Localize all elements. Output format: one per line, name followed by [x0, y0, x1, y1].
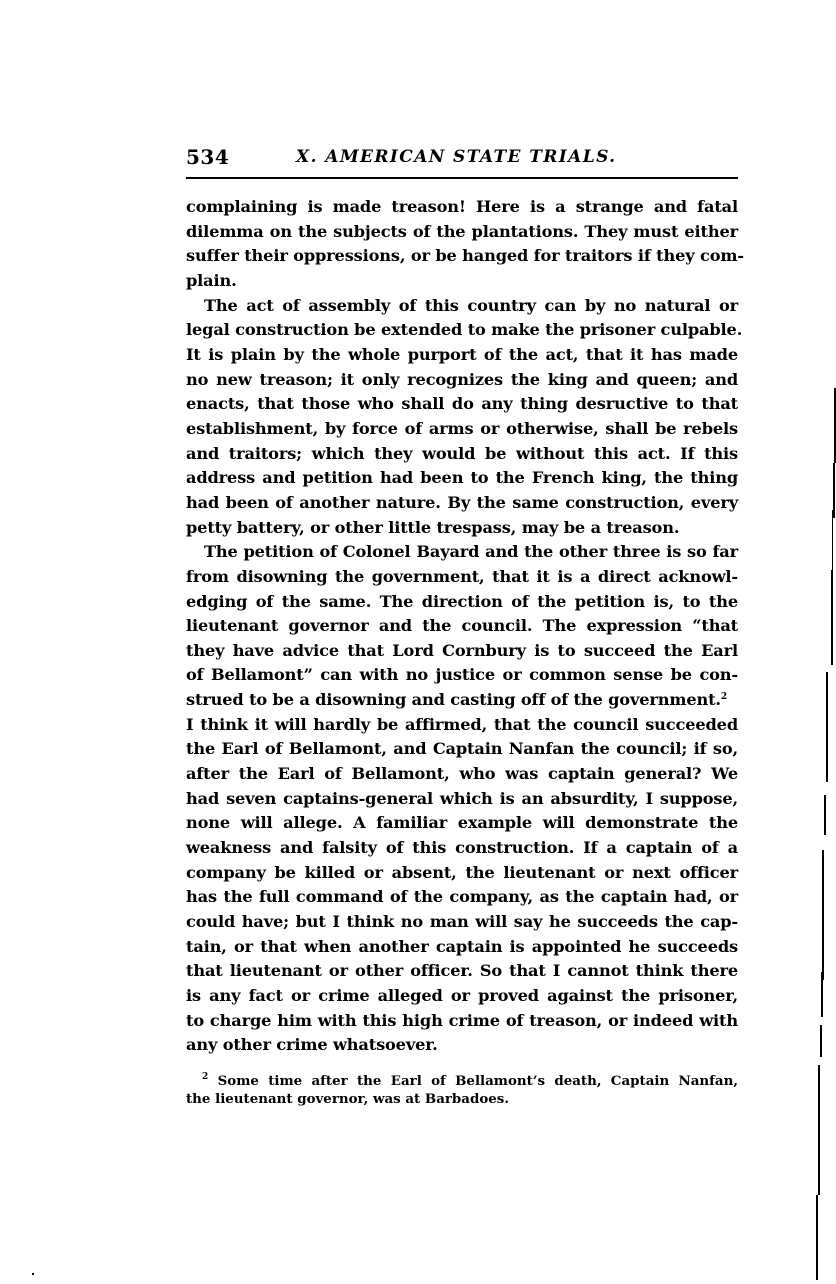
footnote-marker: 2: [202, 1072, 208, 1082]
text-line: weakness and falsity of this constructio…: [186, 836, 738, 861]
scan-edge-artifact: [832, 510, 833, 570]
scan-edge-artifact: [821, 972, 823, 1017]
page-number: 534: [186, 145, 229, 169]
footnote-line: the lieutenant governor, was at Barbadoe…: [186, 1090, 738, 1108]
text-line: is any fact or crime alleged or proved a…: [186, 984, 738, 1009]
footnote-reference[interactable]: 2: [721, 692, 727, 702]
text-line: has the full command of the company, as …: [186, 885, 738, 910]
text-line: could have; but I think no man will say …: [186, 910, 738, 935]
scan-edge-artifact: [818, 1065, 820, 1195]
footnote-text: Some time after the Earl of Bellamont’s …: [218, 1073, 738, 1089]
running-title: X. AMERICAN STATE TRIALS.: [296, 147, 617, 167]
text-line: It is plain by the whole purport of the …: [186, 343, 738, 368]
text-line: enacts, that those who shall do any thin…: [186, 392, 738, 417]
text-line: the Earl of Bellamont, and Captain Nanfa…: [186, 737, 738, 762]
text-line: they have advice that Lord Cornbury is t…: [186, 639, 738, 664]
text-line: that lieutenant or other officer. So tha…: [186, 959, 738, 984]
scan-edge-artifact: [831, 570, 833, 665]
scan-edge-artifact: [824, 795, 826, 835]
scan-edge-artifact: [816, 1195, 818, 1280]
header-rule: [186, 177, 738, 179]
text-line: of Bellamont” can with no justice or com…: [186, 663, 738, 688]
text-line: I think it will hardly be affirmed, that…: [186, 713, 738, 738]
text-line-with-footnote-ref: strued to be a disowning and casting off…: [186, 688, 738, 713]
scan-edge-artifact: [826, 672, 828, 782]
text-line: establishment, by force of arms or other…: [186, 417, 738, 442]
text-line: company be killed or absent, the lieuten…: [186, 861, 738, 886]
text-line: had seven captains-general which is an a…: [186, 787, 738, 812]
text-line: from disowning the government, that it i…: [186, 565, 738, 590]
text-line: suffer their oppressions, or be hanged f…: [186, 244, 738, 269]
text-line: address and petition had been to the Fre…: [186, 466, 738, 491]
text-line: had been of another nature. By the same …: [186, 491, 738, 516]
text-line: dilemma on the subjects of the plantatio…: [186, 220, 738, 245]
text-line: any other crime whatsoever.: [186, 1033, 738, 1058]
text-line: lieutenant governor and the council. The…: [186, 614, 738, 639]
scan-edge-artifact: [820, 1025, 822, 1057]
text-line: petty battery, or other little trespass,…: [186, 516, 738, 541]
scan-edge-artifact: [822, 850, 824, 980]
scan-edge-artifact: [833, 463, 835, 518]
text-line: and traitors; which they would be withou…: [186, 442, 738, 467]
text-line: to charge him with this high crime of tr…: [186, 1009, 738, 1034]
text-line: The petition of Colonel Bayard and the o…: [186, 540, 738, 565]
text-line: edging of the same. The direction of the…: [186, 590, 738, 615]
footnote-line: 2 Some time after the Earl of Bellamont’…: [186, 1072, 738, 1090]
scan-speck: [32, 1273, 34, 1275]
text-line: tain, or that when another captain is ap…: [186, 935, 738, 960]
running-head: 534 X. AMERICAN STATE TRIALS.: [186, 145, 738, 171]
text-line: The act of assembly of this country can …: [186, 294, 738, 319]
footnote: 2 Some time after the Earl of Bellamont’…: [186, 1072, 738, 1108]
text-line: after the Earl of Bellamont, who was cap…: [186, 762, 738, 787]
body-text: complaining is made treason! Here is a s…: [186, 195, 738, 1058]
text-line: none will allege. A familiar example wil…: [186, 811, 738, 836]
text-line: plain.: [186, 269, 738, 294]
text-line: strued to be a disowning and casting off…: [186, 690, 721, 709]
text-line: complaining is made treason! Here is a s…: [186, 195, 738, 220]
text-line: legal construction be extended to make t…: [186, 318, 738, 343]
text-line: no new treason; it only recognizes the k…: [186, 368, 738, 393]
